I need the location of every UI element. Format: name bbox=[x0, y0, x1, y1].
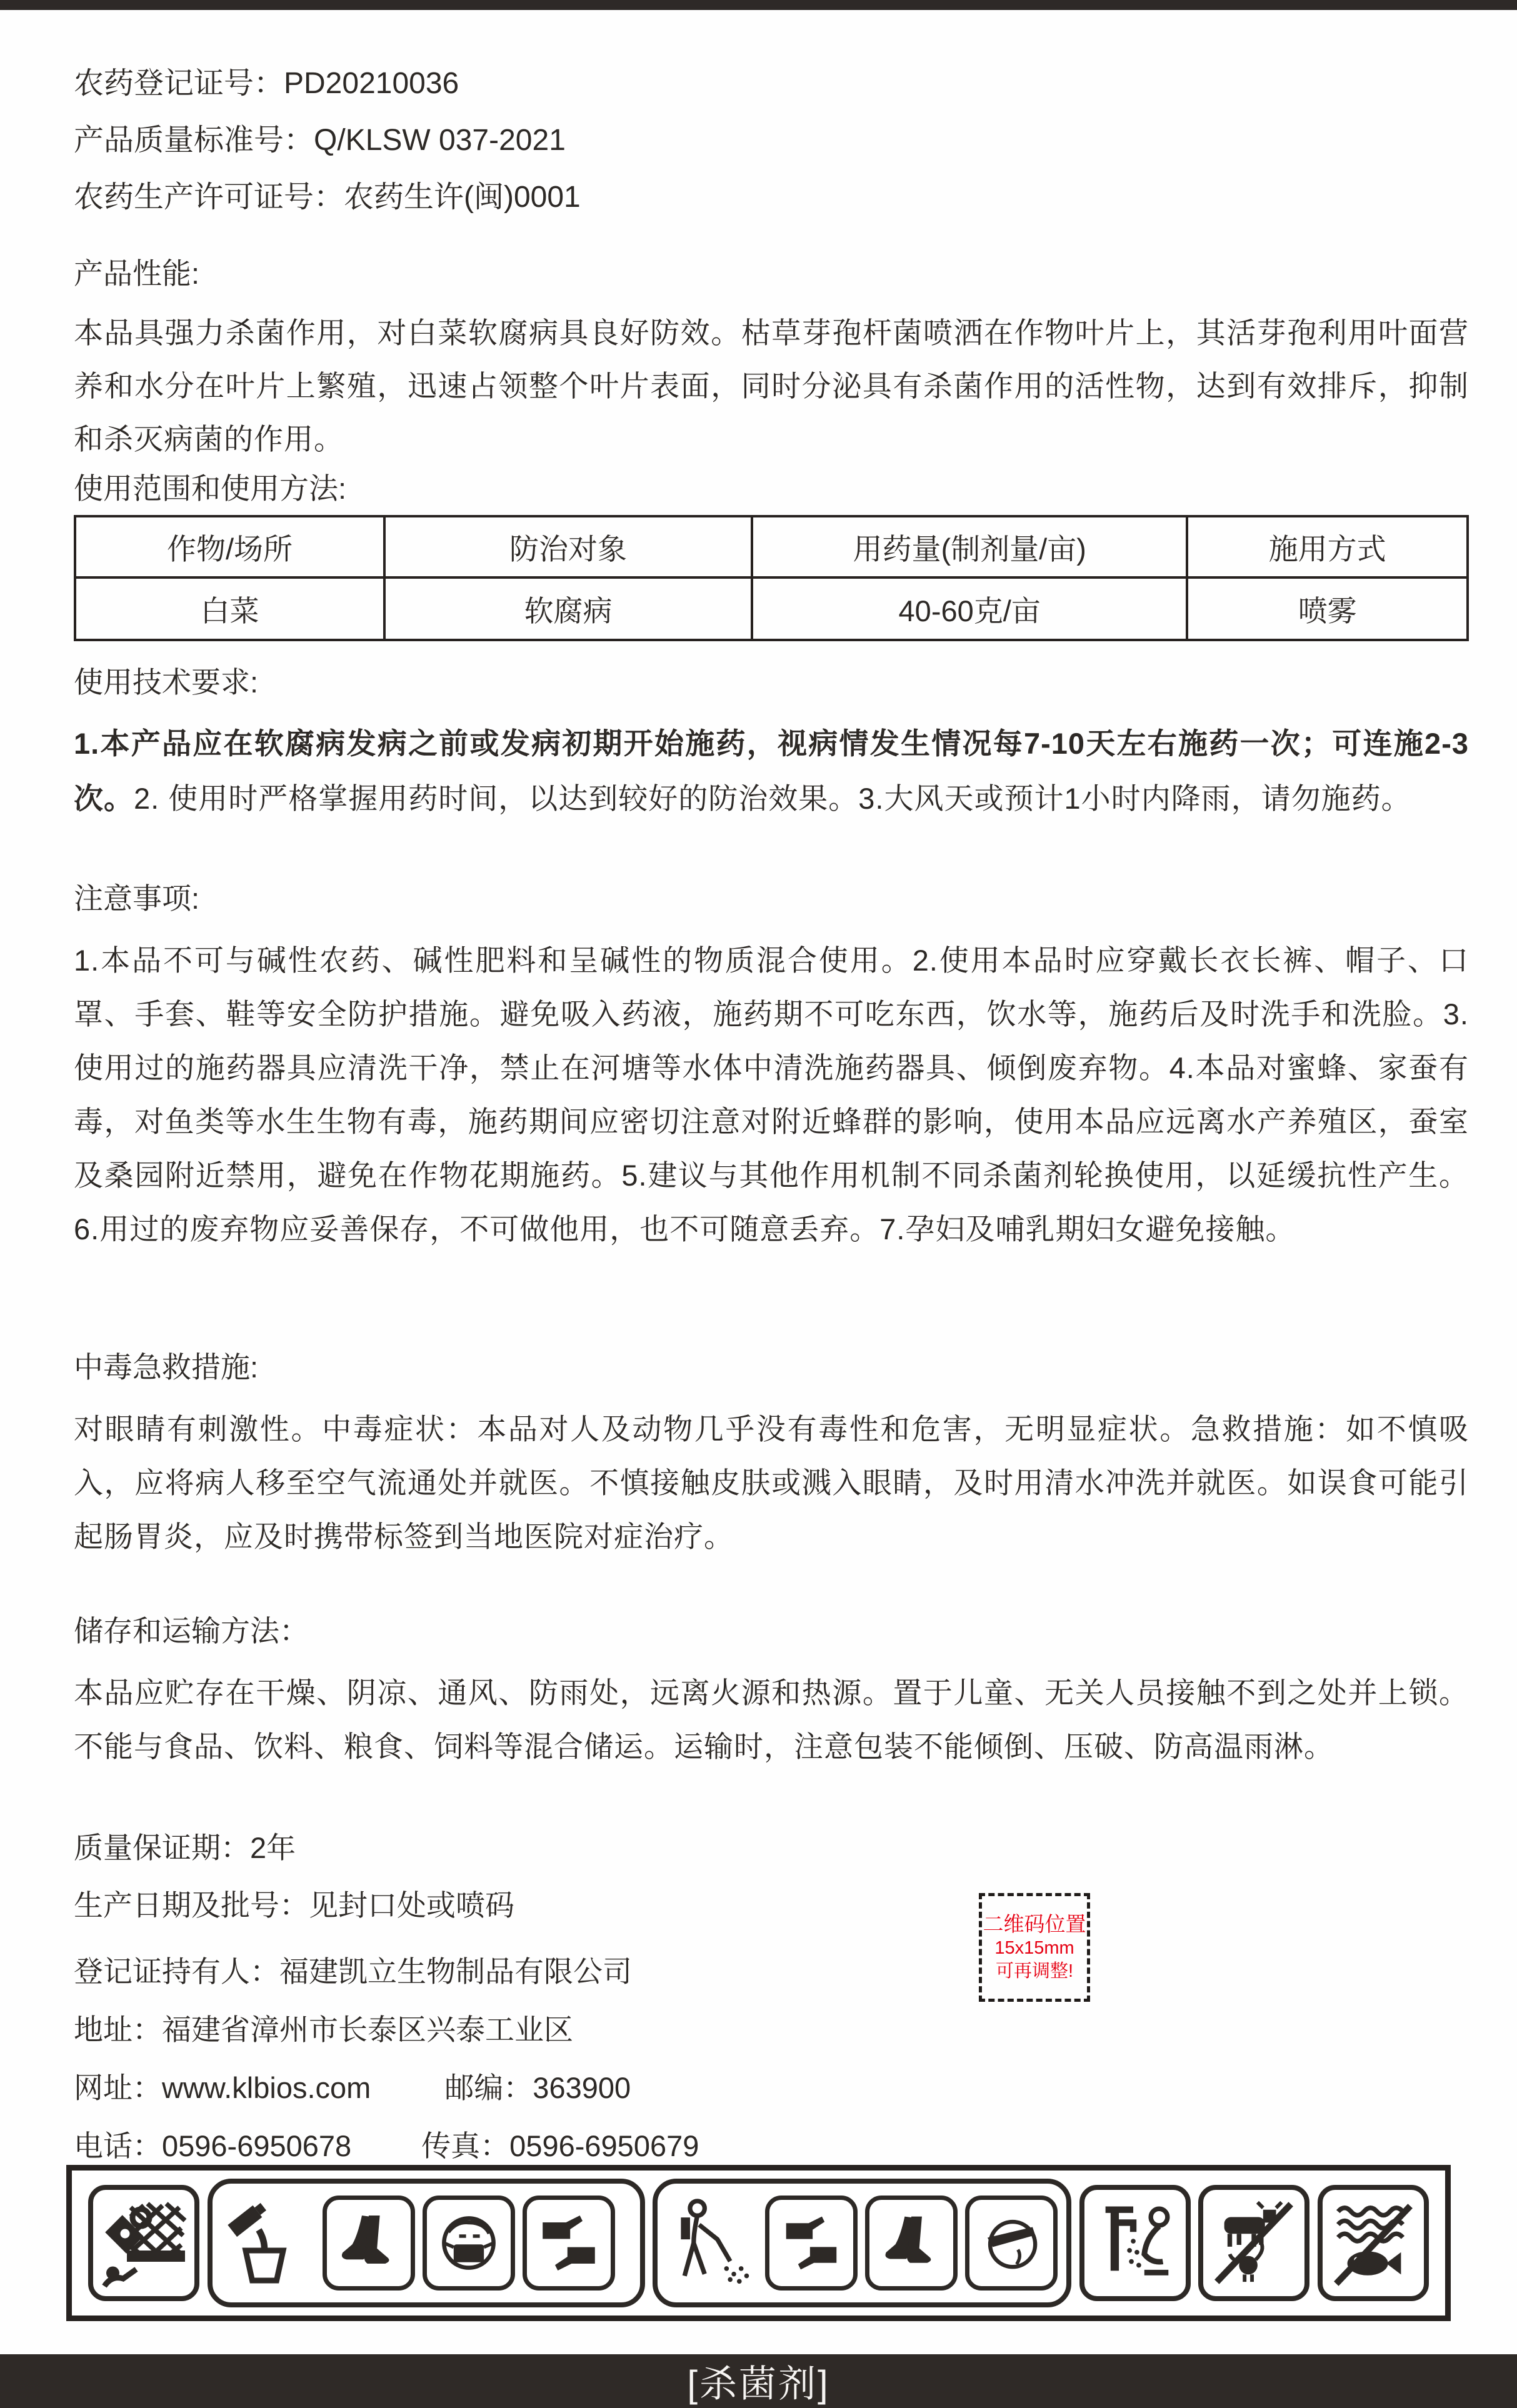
top-black-bar bbox=[0, 0, 1517, 10]
spraying-icon bbox=[666, 2196, 758, 2290]
batch-line: 生产日期及批号：见封口处或喷码 bbox=[74, 1882, 1469, 1924]
first-aid-paragraph: 对眼睛有刺激性。中毒症状：本品对人及动物几乎没有毒性和危害，无明显症状。急救措施… bbox=[74, 1402, 1469, 1564]
postcode-text: 邮编：363900 bbox=[444, 2071, 631, 2104]
no-fish-icon bbox=[1318, 2185, 1429, 2301]
storage-paragraph: 本品应贮存在干燥、阴凉、通风、防雨处，远离火源和热源。置于儿童、无关人员接触不到… bbox=[74, 1666, 1469, 1774]
registration-number-line: 农药登记证号：PD20210036 bbox=[74, 55, 1469, 112]
pesticide-label-page: { "colors": { "ink": "#2D2926", "accent_… bbox=[0, 0, 1517, 2408]
cell-method: 喷雾 bbox=[1187, 577, 1468, 640]
qr-code-placeholder: 二维码位置 15x15mm 可再调整! bbox=[979, 1893, 1090, 2002]
contact-block: 登记证持有人：福建凯立生物制品有限公司 地址：福建省漳州市长泰区兴泰工业区 网址… bbox=[74, 1942, 1469, 2175]
website-postcode-line: 网址：www.klbios.com邮编：363900 bbox=[74, 2059, 1469, 2117]
wash-after-use-icon bbox=[1079, 2185, 1191, 2301]
boots-icon bbox=[323, 2196, 415, 2291]
address-line: 地址：福建省漳州市长泰区兴泰工业区 bbox=[74, 2001, 1469, 2059]
col-header-crop: 作物/场所 bbox=[75, 516, 384, 577]
technical-paragraph: 1.本产品应在软腐病发病之前或发病初期开始施药，视病情发生情况每7-10天左右施… bbox=[74, 716, 1469, 826]
section-heading-precautions: 注意事项: bbox=[74, 880, 1469, 917]
section-heading-performance: 产品性能: bbox=[74, 255, 1469, 292]
pour-dilute-icon bbox=[221, 2196, 315, 2290]
col-header-target: 防治对象 bbox=[384, 516, 752, 577]
face-mask-icon bbox=[423, 2196, 515, 2291]
website-text: 网址：www.klbios.com bbox=[74, 2071, 371, 2104]
holder-line: 登记证持有人：福建凯立生物制品有限公司 bbox=[74, 1942, 1469, 2001]
col-header-method: 施用方式 bbox=[1187, 516, 1468, 577]
usage-table-data-row: 白菜 软腐病 40-60克/亩 喷雾 bbox=[75, 577, 1468, 640]
phone-text: 电话：0596-6950678 bbox=[74, 2129, 351, 2162]
usage-table-header-row: 作物/场所 防治对象 用药量(制剂量/亩) 施用方式 bbox=[75, 516, 1468, 577]
cell-crop: 白菜 bbox=[75, 577, 384, 640]
qr-note-line1: 二维码位置 bbox=[982, 1912, 1087, 1937]
category-bar: [杀菌剂] bbox=[0, 2354, 1517, 2408]
performance-paragraph: 本品具强力杀菌作用，对白菜软腐病具良好防效。枯草芽孢杆菌喷洒在作物叶片上，其活芽… bbox=[74, 306, 1469, 466]
section-heading-technical: 使用技术要求: bbox=[74, 664, 1469, 701]
cell-target: 软腐病 bbox=[384, 577, 752, 640]
warranty-line: 质量保证期：2年 bbox=[74, 1825, 1469, 1867]
precautions-paragraph: 1.本品不可与碱性农药、碱性肥料和呈碱性的物质混合使用。2.使用本品时应穿戴长衣… bbox=[74, 934, 1469, 1256]
face-shield-icon bbox=[965, 2196, 1058, 2291]
certificate-numbers: 农药登记证号：PD20210036 产品质量标准号：Q/KLSW 037-202… bbox=[74, 55, 1469, 226]
gloves-icon bbox=[765, 2196, 858, 2291]
protective-wear-group-1 bbox=[208, 2179, 645, 2307]
col-header-dosage: 用药量(制剂量/亩) bbox=[752, 516, 1187, 577]
boots-icon bbox=[865, 2196, 958, 2291]
category-text: [杀菌剂] bbox=[687, 2354, 829, 2408]
quality-standard-line: 产品质量标准号：Q/KLSW 037-2021 bbox=[74, 112, 1469, 169]
qr-note-line3: 可再调整! bbox=[982, 1960, 1087, 1983]
section-heading-first-aid: 中毒急救措施: bbox=[74, 1349, 1469, 1386]
production-license-line: 农药生产许可证号：农药生许(闽)0001 bbox=[74, 169, 1469, 226]
section-heading-usage: 使用范围和使用方法: bbox=[74, 470, 1469, 507]
qr-note-line2: 15x15mm bbox=[982, 1937, 1087, 1960]
technical-normal-text: 2. 使用时严格掌握用药时间，以达到较好的防治效果。3.大风天或预计1小时内降雨… bbox=[134, 782, 1411, 815]
cell-dosage: 40-60克/亩 bbox=[752, 577, 1187, 640]
storage-locked-icon bbox=[88, 2185, 199, 2301]
safety-pictogram-strip bbox=[66, 2165, 1451, 2321]
gloves-icon bbox=[523, 2196, 615, 2291]
protective-wear-group-2 bbox=[653, 2179, 1071, 2307]
no-livestock-icon bbox=[1198, 2185, 1309, 2301]
section-heading-storage: 储存和运输方法： bbox=[74, 1612, 1469, 1650]
usage-table: 作物/场所 防治对象 用药量(制剂量/亩) 施用方式 白菜 软腐病 40-60克… bbox=[74, 515, 1469, 641]
fax-text: 传真：0596-6950679 bbox=[421, 2129, 699, 2162]
